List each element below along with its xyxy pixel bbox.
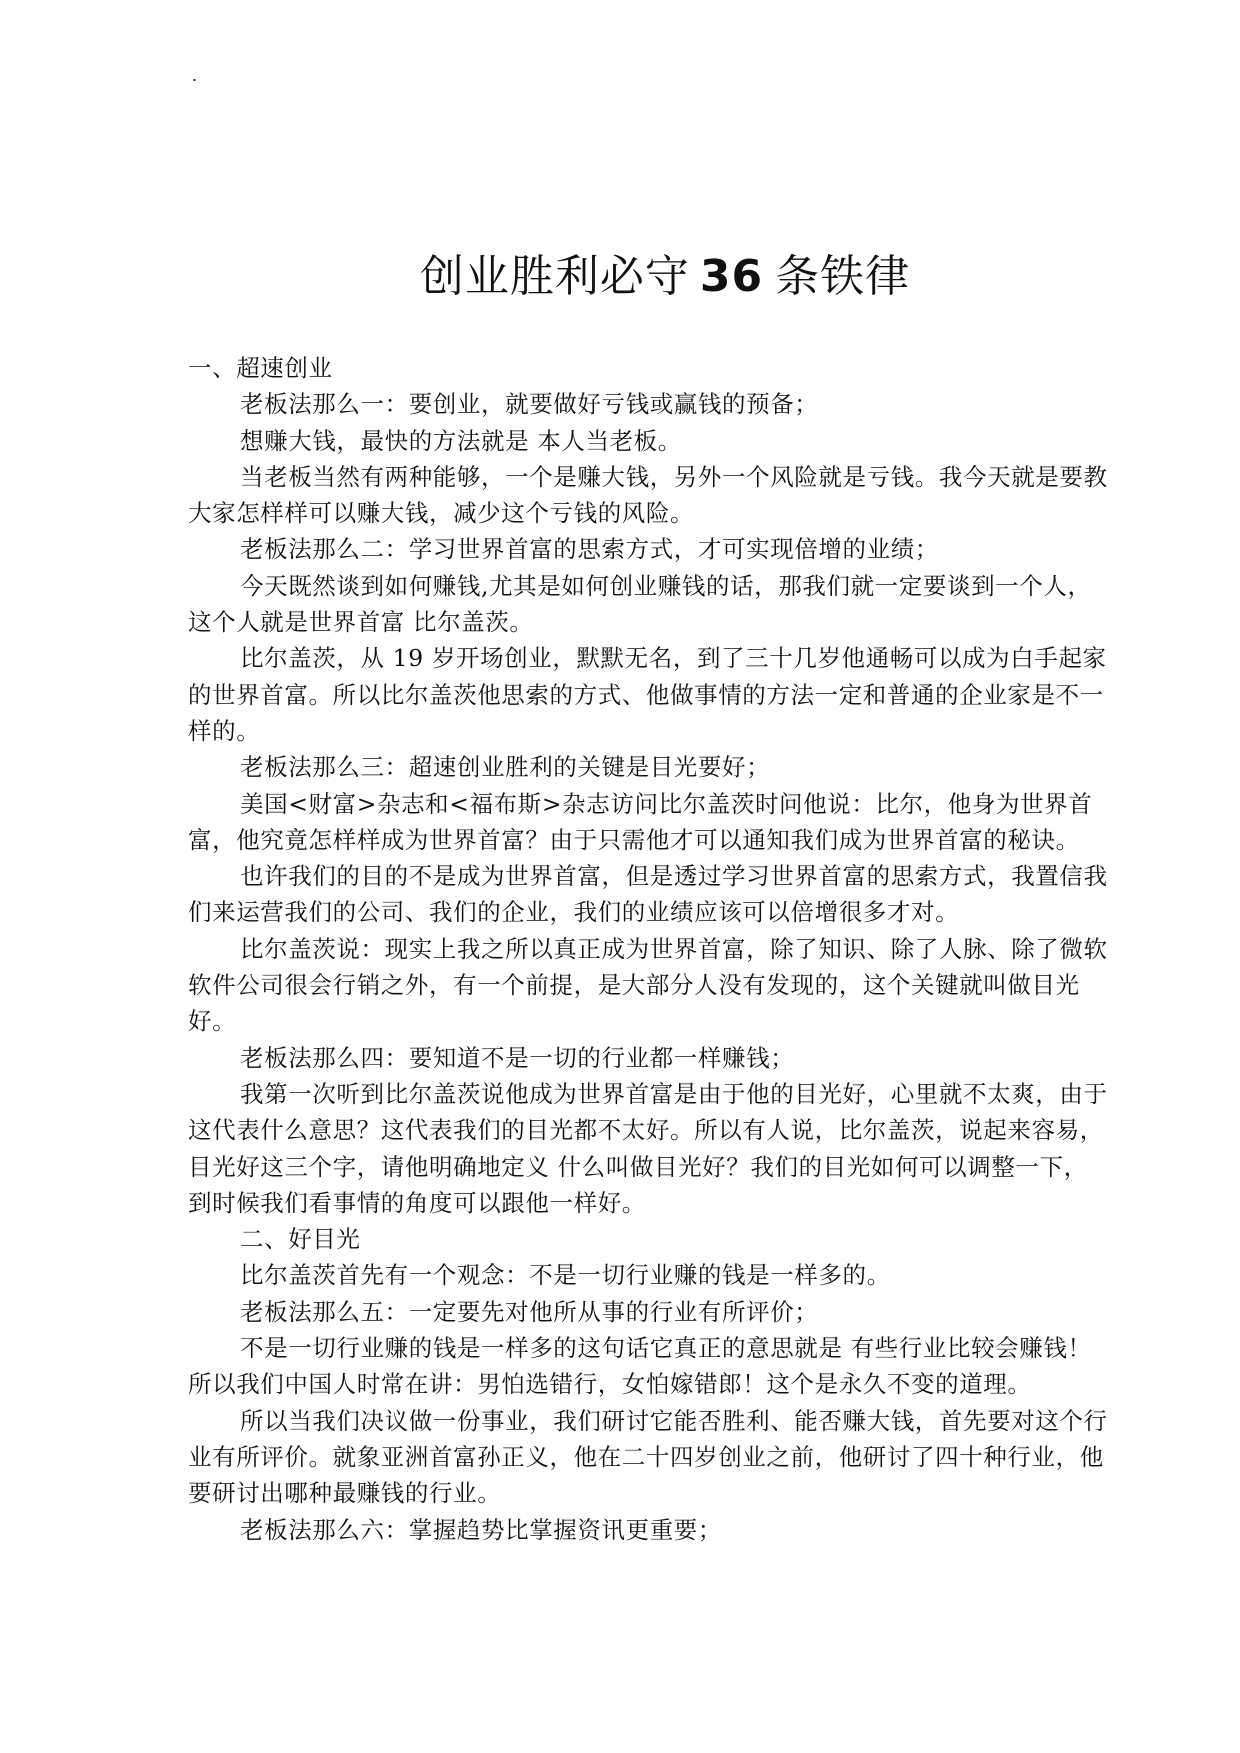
title-number: 36 bbox=[700, 251, 763, 302]
text-line: 老板法那么四：要知道不是一切的行业都一样赚钱； bbox=[188, 1040, 1138, 1076]
text-line: 老板法那么三：超速创业胜利的关键是目光要好； bbox=[188, 749, 1138, 785]
text-line: 大家怎样样可以赚大钱，减少这个亏钱的风险。 bbox=[188, 495, 1138, 531]
text-line: 业有所评价。就象亚洲首富孙正义，他在二十四岁创业之前，他研讨了四十种行业，他 bbox=[188, 1439, 1138, 1475]
text-line: 老板法那么五：一定要先对他所从事的行业有所评价； bbox=[188, 1294, 1138, 1330]
text-line: 比尔盖茨说：现实上我之所以真正成为世界首富，除了知识、除了人脉、除了微软 bbox=[188, 931, 1138, 967]
text-line: 目光好这三个字，请他明确地定义 什么叫做目光好？我们的目光如何可以调整一下， bbox=[188, 1149, 1138, 1185]
text-line: 们来运营我们的公司、我们的企业，我们的业绩应该可以倍增很多才对。 bbox=[188, 894, 1138, 930]
title-part1: 创业胜利必守 bbox=[420, 251, 690, 302]
text-line: 美国<财富>杂志和<福布斯>杂志访问比尔盖茨时问他说：比尔，他身为世界首 bbox=[188, 786, 1138, 822]
text-line: 二、好目光 bbox=[188, 1221, 1138, 1257]
page-marker: . bbox=[192, 66, 197, 84]
text-line: 好。 bbox=[188, 1003, 1138, 1039]
text-line: 一、超速创业 bbox=[188, 350, 1138, 386]
text-line: 也许我们的目的不是成为世界首富，但是透过学习世界首富的思索方式，我置信我 bbox=[188, 858, 1138, 894]
text-line: 比尔盖茨，从 19 岁开场创业，默默无名，到了三十几岁他通畅可以成为白手起家 bbox=[188, 640, 1138, 676]
document-body: 一、超速创业老板法那么一：要创业，就要做好亏钱或赢钱的预备；想赚大钱，最快的方法… bbox=[188, 350, 1138, 1548]
text-line: 不是一切行业赚的钱是一样多的这句话它真正的意思就是 有些行业比较会赚钱！ bbox=[188, 1330, 1138, 1366]
text-line: 比尔盖茨首先有一个观念：不是一切行业赚的钱是一样多的。 bbox=[188, 1257, 1138, 1293]
text-line: 的世界首富。所以比尔盖茨他思索的方式、他做事情的方法一定和普通的企业家是不一 bbox=[188, 677, 1138, 713]
text-line: 想赚大钱，最快的方法就是 本人当老板。 bbox=[188, 423, 1138, 459]
text-line: 老板法那么一：要创业，就要做好亏钱或赢钱的预备； bbox=[188, 386, 1138, 422]
page-title: 创业胜利必守36条铁律 bbox=[0, 247, 1240, 307]
text-line: 这代表什么意思？这代表我们的目光都不太好。所以有人说，比尔盖茨，说起来容易， bbox=[188, 1112, 1138, 1148]
text-line: 所以当我们决议做一份事业，我们研讨它能否胜利、能否赚大钱，首先要对这个行 bbox=[188, 1403, 1138, 1439]
text-line: 我第一次听到比尔盖茨说他成为世界首富是由于他的目光好，心里就不太爽，由于 bbox=[188, 1076, 1138, 1112]
text-line: 到时候我们看事情的角度可以跟他一样好。 bbox=[188, 1185, 1138, 1221]
text-line: 要研讨出哪种最赚钱的行业。 bbox=[188, 1475, 1138, 1511]
text-line: 今天既然谈到如何赚钱,尤其是如何创业赚钱的话，那我们就一定要谈到一个人， bbox=[188, 568, 1138, 604]
text-line: 软件公司很会行销之外，有一个前提，是大部分人没有发现的，这个关键就叫做目光 bbox=[188, 967, 1138, 1003]
document-page: . 创业胜利必守36条铁律 一、超速创业老板法那么一：要创业，就要做好亏钱或赢钱… bbox=[0, 0, 1240, 1753]
text-line: 富，他究竟怎样样成为世界首富？由于只需他才可以通知我们成为世界首富的秘诀。 bbox=[188, 822, 1138, 858]
text-line: 老板法那么六：掌握趋势比掌握资讯更重要； bbox=[188, 1512, 1138, 1548]
text-line: 老板法那么二：学习世界首富的思索方式，才可实现倍增的业绩； bbox=[188, 531, 1138, 567]
text-line: 所以我们中国人时常在讲：男怕选错行，女怕嫁错郎！这个是永久不变的道理。 bbox=[188, 1366, 1138, 1402]
title-part2: 条铁律 bbox=[775, 251, 910, 302]
text-line: 当老板当然有两种能够，一个是赚大钱，另外一个风险就是亏钱。我今天就是要教 bbox=[188, 459, 1138, 495]
text-line: 样的。 bbox=[188, 713, 1138, 749]
text-line: 这个人就是世界首富 比尔盖茨。 bbox=[188, 604, 1138, 640]
